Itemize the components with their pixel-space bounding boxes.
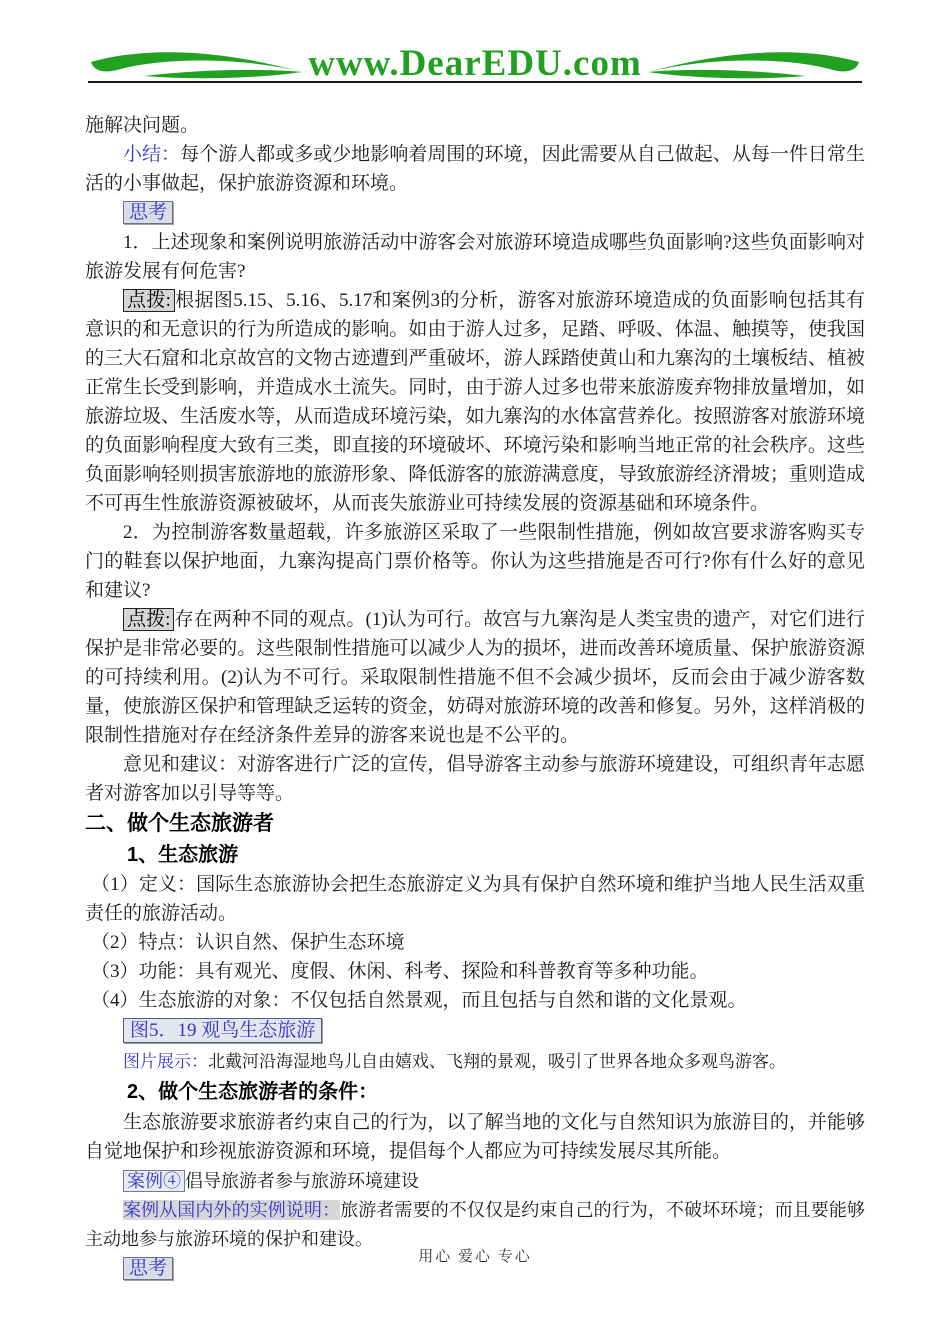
picture-caption-text: 北戴河沿海湿地鸟儿自由嬉戏、飞翔的景观，吸引了世界各地众多观鸟游客。 bbox=[208, 1052, 786, 1071]
dearedu-logo: www.DearEDU.com bbox=[0, 40, 950, 88]
question-2: 2．为控制游客数量超载，许多旅游区采取了一些限制性措施，例如故宫要求游客购买专门… bbox=[85, 518, 865, 605]
question-1: 1．上述现象和案例说明旅游活动中游客会对旅游环境造成哪些负面影响?这些负面影响对… bbox=[85, 228, 865, 286]
footer-text: 用心 爱心 专心 bbox=[0, 1245, 950, 1266]
eco-tourist-paragraph: 生态旅游要求旅游者约束自己的行为，以了解当地的文化与自然知识为旅游目的，并能够自… bbox=[85, 1108, 865, 1166]
hint-text-2: 存在两种不同的观点。(1)认为可行。故宫与九寨沟是人类宝贵的遗产，对它们进行保护… bbox=[85, 609, 865, 746]
document-page: www.DearEDU.com 施解决问题。 小结：每个游人都或多或少地影响着周… bbox=[0, 0, 950, 1342]
case-note-label: 案例从国内外的实例说明： bbox=[123, 1200, 340, 1220]
think-line-1: 思考 bbox=[85, 198, 865, 228]
swoosh-right-icon bbox=[646, 47, 861, 81]
hint-label-2: 点拨: bbox=[123, 608, 174, 631]
logo-text: www.DearEDU.com bbox=[308, 44, 642, 84]
functions-item: （3）功能：具有观光、度假、休闲、科考、探险和科普教育等多种功能。 bbox=[85, 957, 865, 986]
hint-paragraph-2: 点拨:存在两种不同的观点。(1)认为可行。故宫与九寨沟是人类宝贵的遗产，对它们进… bbox=[85, 605, 865, 750]
objects-item: （4）生态旅游的对象：不仅包括自然景观，而且包括与自然和谐的文化景观。 bbox=[85, 986, 865, 1015]
picture-caption-label: 图片展示： bbox=[123, 1052, 208, 1071]
case-label-box: 案例④ bbox=[123, 1170, 185, 1192]
picture-caption: 图片展示：北戴河沿海湿地鸟儿自由嬉戏、飞翔的景观，吸引了世界各地众多观鸟游客。 bbox=[85, 1047, 865, 1076]
summary-paragraph: 小结：每个游人都或多或少地影响着周围的环境，因此需要从自己做起、从每一件日常生活… bbox=[85, 140, 865, 198]
hint-paragraph-1: 点拨:根据图5.15、5.16、5.17和案例3的分析，游客对旅游环境造成的负面… bbox=[85, 286, 865, 518]
figure-line: 图5．19 观鸟生态旅游 bbox=[85, 1015, 865, 1047]
section-heading: 二、做个生态旅游者 bbox=[85, 808, 865, 840]
figure-label: 图5．19 观鸟生态旅游 bbox=[123, 1018, 322, 1043]
suggestion-paragraph: 意见和建议：对游客进行广泛的宣传，倡导游客主动参与旅游环境建设，可组织青年志愿者… bbox=[85, 750, 865, 808]
definition-item: （1）定义：国际生态旅游协会把生态旅游定义为具有保护自然环境和维护当地人民生活双… bbox=[85, 870, 865, 928]
swoosh-left-icon bbox=[89, 47, 304, 81]
subsection-heading-2: 2、做个生态旅游者的条件： bbox=[85, 1076, 865, 1108]
paragraph-continuation: 施解决问题。 bbox=[85, 111, 865, 140]
case-line: 案例④倡导旅游者参与旅游环境建设 bbox=[85, 1166, 865, 1196]
hint-text-1: 根据图5.15、5.16、5.17和案例3的分析，游客对旅游环境造成的负面影响包… bbox=[85, 290, 865, 514]
summary-text: 每个游人都或多或少地影响着周围的环境，因此需要从自己做起、从每一件日常生活的小事… bbox=[85, 144, 865, 194]
document-body: 施解决问题。 小结：每个游人都或多或少地影响着周围的环境，因此需要从自己做起、从… bbox=[0, 83, 950, 1284]
subsection-heading-1: 1、生态旅游 bbox=[85, 840, 865, 870]
hint-label-1: 点拨: bbox=[123, 289, 175, 312]
case-title: 倡导旅游者参与旅游环境建设 bbox=[185, 1171, 419, 1191]
summary-label: 小结： bbox=[123, 144, 180, 165]
features-item: （2）特点：认识自然、保护生态环境 bbox=[85, 928, 865, 957]
page-header: www.DearEDU.com bbox=[0, 0, 950, 83]
think-box-1: 思考 bbox=[123, 201, 173, 224]
